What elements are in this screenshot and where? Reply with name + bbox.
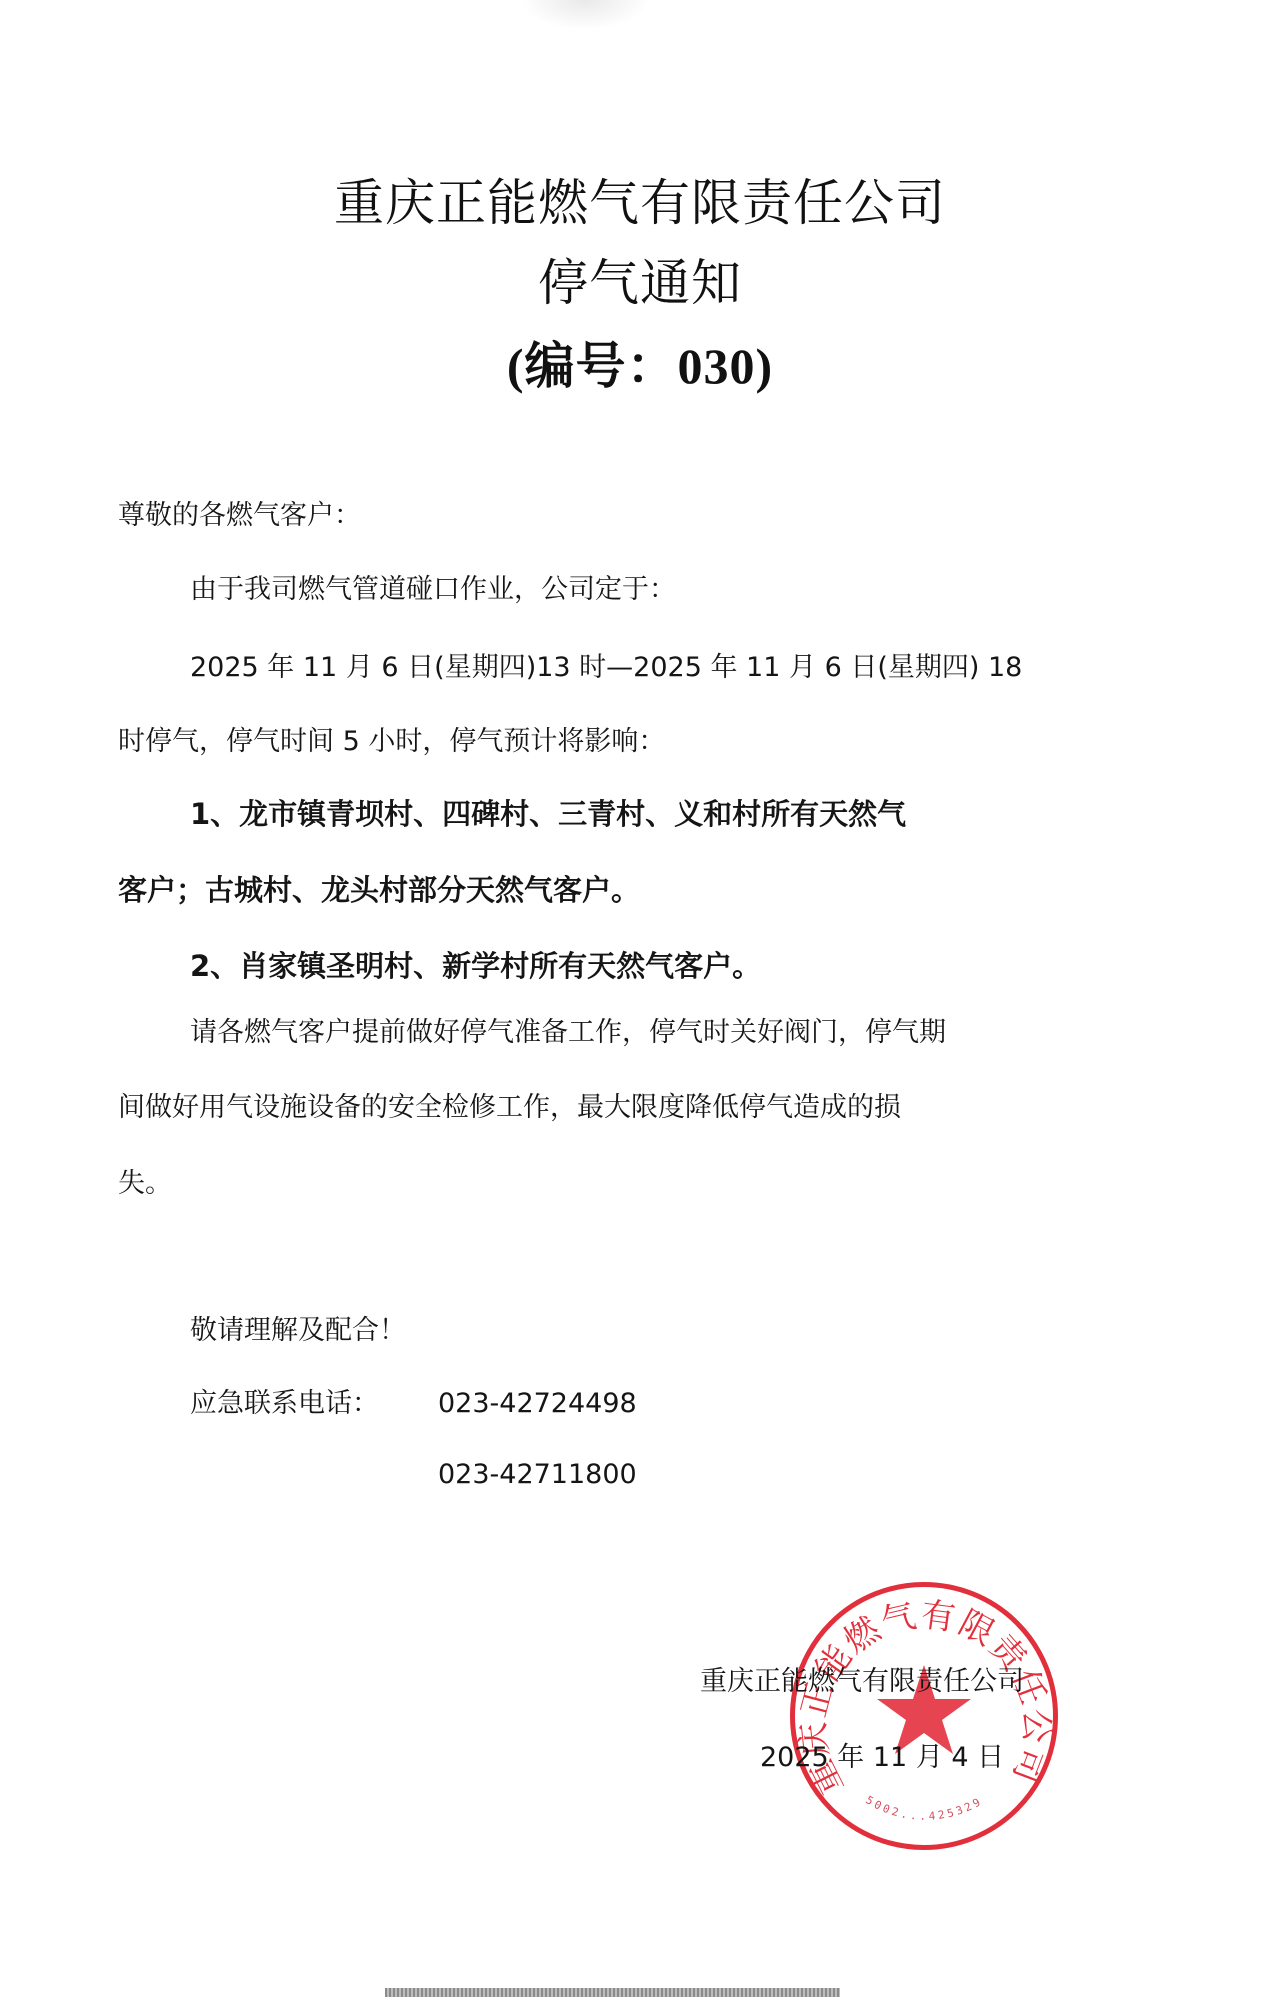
outage-time-line2: 时停气，停气时间 5 小时，停气预计将影响： xyxy=(118,724,665,760)
company-name-heading: 重庆正能燃气有限责任公司 xyxy=(0,173,1280,233)
greeting: 尊敬的各燃气客户： xyxy=(118,498,361,534)
seal-star-icon: 重庆正能燃气有限责任公司 5002...4253293 xyxy=(795,1587,1053,1845)
notice-title: 停气通知 xyxy=(0,253,1280,313)
emergency-phone-2: 023-42711800 xyxy=(438,1457,637,1493)
notice-number: (编号：030) xyxy=(0,336,1280,396)
company-seal: 重庆正能燃气有限责任公司 5002...4253293 xyxy=(790,1582,1058,1850)
request-text-line3: 失。 xyxy=(118,1166,172,1202)
reason-text: 由于我司燃气管道碰口作业，公司定于： xyxy=(190,572,676,608)
emergency-phone-1: 023-42724498 xyxy=(438,1386,637,1422)
signature-date: 2025 年 11 月 4 日 xyxy=(760,1740,1004,1776)
request-text-line1: 请各燃气客户提前做好停气准备工作，停气时关好阀门，停气期 xyxy=(190,1015,946,1051)
thanks-text: 敬请理解及配合！ xyxy=(190,1313,406,1349)
signature-company: 重庆正能燃气有限责任公司 xyxy=(700,1664,1024,1700)
affected-area-item-1: 1、龙市镇青坝村、四碑村、三青村、义和村所有天然气 xyxy=(190,796,906,832)
scan-edge-bar xyxy=(385,1988,840,1997)
emergency-contact-label: 应急联系电话： xyxy=(190,1386,379,1422)
scan-smudge xyxy=(520,0,650,30)
affected-area-item-2: 2、肖家镇圣明村、新学村所有天然气客户。 xyxy=(190,948,761,984)
affected-area-item-1-cont: 客户；古城村、龙头村部分天然气客户。 xyxy=(118,872,640,908)
request-text-line2: 间做好用气设施设备的安全检修工作，最大限度降低停气造成的损 xyxy=(118,1090,901,1126)
outage-time-line1: 2025 年 11 月 6 日(星期四)13 时—2025 年 11 月 6 日… xyxy=(190,650,1022,686)
